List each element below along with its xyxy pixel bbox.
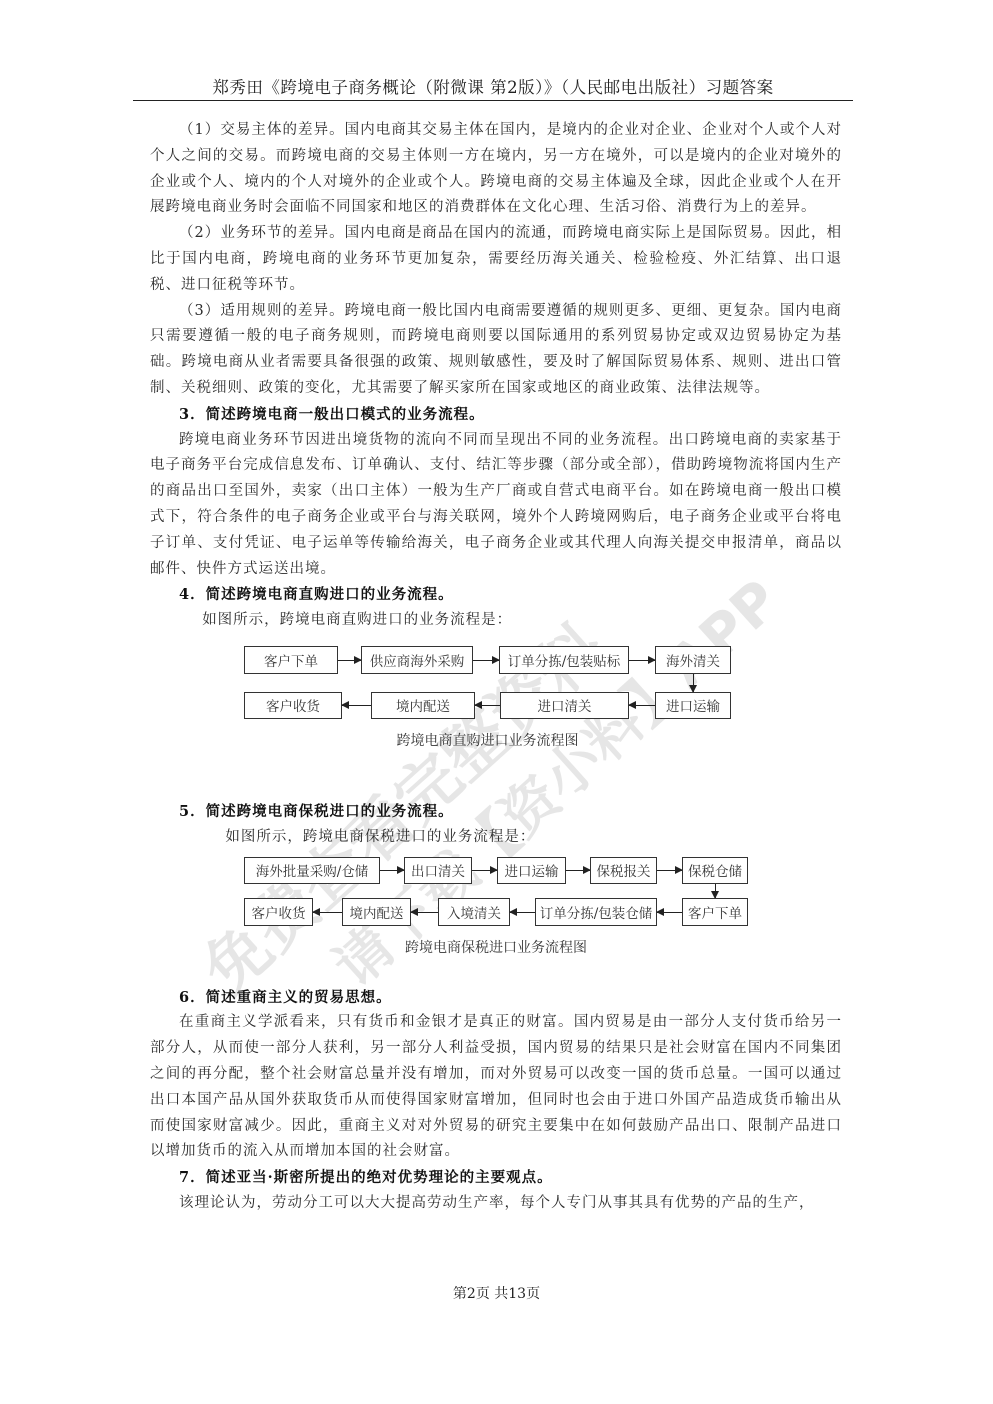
arrow-right-icon <box>473 660 499 661</box>
answer-7-paragraph: 该理论认为，劳动分工可以大大提高劳动生产率，每个人专门从事其具有优势的产品的生产… <box>150 1191 842 1217</box>
paragraph-business-process: （2）业务环节的差异。国内电商是商品在国内的流通，而跨境电商实际上是国际贸易。因… <box>150 221 842 298</box>
question-3-heading: 3．简述跨境电商一般出口模式的业务流程。 <box>150 402 842 428</box>
page-number: 第2页 共13页 <box>0 1283 993 1303</box>
question-7-heading: 7．简述亚当·斯密所提出的绝对优势理论的主要观点。 <box>150 1165 842 1191</box>
flow-box: 出口清关 <box>404 857 472 884</box>
flow-box: 境内配送 <box>342 898 411 926</box>
arrow-right-icon <box>657 870 682 871</box>
arrow-right-icon <box>472 870 497 871</box>
answer-5-intro: 如图所示，跨境电商保税进口的业务流程是： <box>150 825 842 851</box>
arrow-left-icon <box>657 912 682 913</box>
flow-box: 进口运输 <box>655 692 731 719</box>
question-5-heading: 5．简述跨境电商保税进口的业务流程。 <box>150 799 842 825</box>
header-divider <box>133 100 853 101</box>
paragraph-applicable-rules: （3）适用规则的差异。跨境电商一般比国内电商需要遵循的规则更多、更细、更复杂。国… <box>150 299 842 402</box>
arrow-left-icon <box>342 705 371 706</box>
flow-box: 保税报关 <box>590 857 657 884</box>
flow-box: 客户下单 <box>682 898 748 926</box>
answer-3-paragraph: 跨境电商业务环节因进出境货物的流向不同而呈现出不同的业务流程。出口跨境电商的卖家… <box>150 428 842 583</box>
flow-box: 客户下单 <box>244 646 338 674</box>
flow-box: 订单分拣/包装贴标 <box>499 646 629 674</box>
arrow-right-icon <box>566 870 590 871</box>
answer-6-paragraph: 在重商主义学派看来，只有货币和金银才是真正的财富。国内贸易是由一部分人支付货币给… <box>150 1010 842 1165</box>
flow-box: 供应商海外采购 <box>361 646 473 674</box>
arrow-right-icon <box>380 870 404 871</box>
flow-box: 海外批量采购/仓储 <box>244 857 380 884</box>
flow-box: 订单分拣/包装仓储 <box>535 898 657 926</box>
flow-box: 海外清关 <box>655 646 731 674</box>
arrow-right-icon <box>338 660 361 661</box>
arrow-down-icon <box>693 674 694 692</box>
arrow-left-icon <box>411 912 438 913</box>
diagram-caption: 跨境电商直购进口业务流程图 <box>244 730 731 750</box>
flow-box: 进口清关 <box>500 692 629 719</box>
page-header-title: 郑秀田《跨境电子商务概论（附微课 第2版）》（人民邮电出版社）习题答案 <box>133 74 853 98</box>
arrow-left-icon <box>475 705 500 706</box>
flow-box: 客户收货 <box>244 692 342 719</box>
flow-box: 入境清关 <box>438 898 510 926</box>
document-body: （1）交易主体的差异。国内电商其交易主体在国内，是境内的企业对企业、企业对个人或… <box>150 118 842 1217</box>
direct-import-flowchart: 客户下单 供应商海外采购 订单分拣/包装贴标 海外清关 客户收货 境内配送 进口… <box>150 646 842 774</box>
arrow-right-icon <box>629 660 655 661</box>
flow-box: 境内配送 <box>371 692 475 719</box>
flow-box: 保税仓储 <box>682 857 748 884</box>
bonded-import-flowchart: 海外批量采购/仓储 出口清关 进口运输 保税报关 保税仓储 客户收货 境内配送 … <box>150 857 842 979</box>
flow-box: 客户收货 <box>244 898 313 926</box>
flow-box: 进口运输 <box>497 857 566 884</box>
paragraph-transaction-subject: （1）交易主体的差异。国内电商其交易主体在国内，是境内的企业对企业、企业对个人或… <box>150 118 842 221</box>
arrow-left-icon <box>629 705 655 706</box>
arrow-left-icon <box>510 912 535 913</box>
question-6-heading: 6．简述重商主义的贸易思想。 <box>150 985 842 1011</box>
arrow-left-icon <box>313 912 342 913</box>
arrow-down-icon <box>715 884 716 898</box>
question-4-heading: 4．简述跨境电商直购进口的业务流程。 <box>150 582 842 608</box>
answer-4-intro: 如图所示，跨境电商直购进口的业务流程是： <box>150 608 842 634</box>
diagram-caption: 跨境电商保税进口业务流程图 <box>244 937 748 957</box>
